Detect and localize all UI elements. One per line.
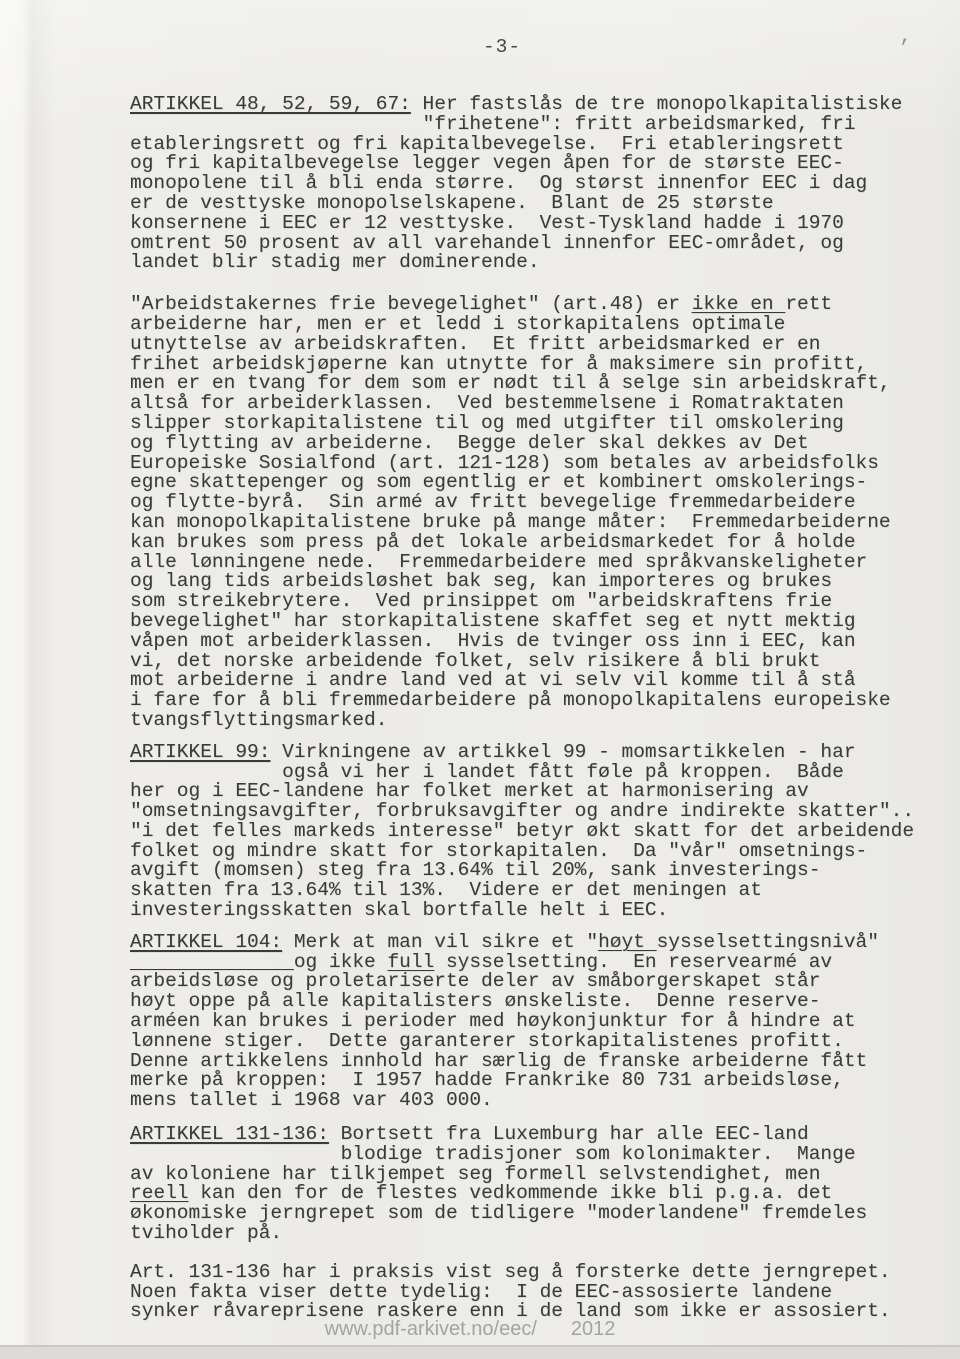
paragraph-art-131-136-praksis: Art. 131-136 har i praksis vist seg å fo… <box>130 1263 932 1322</box>
bottom-scan-edge <box>0 1345 960 1359</box>
page-number: -3- <box>22 36 960 58</box>
paragraph-arbeidstakernes-frie-bevegelighet: "Arbeidstakernes frie bevegelighet" (art… <box>130 295 932 731</box>
watermark-year: 2012 <box>571 1318 616 1340</box>
watermark-url: www.pdf-arkivet.no/eec/ <box>325 1318 537 1340</box>
paragraph-artikkel-131-136: ARTIKKEL 131-136: Bortsett fra Luxemburg… <box>130 1125 932 1244</box>
scanned-document-page: { "page": { "number": "-3-", "stray_mark… <box>0 0 960 1359</box>
watermark: www.pdf-arkivet.no/eec/2012 <box>0 1318 950 1341</box>
stray-ink-mark: ’ <box>898 38 911 61</box>
paragraph-artikkel-99: ARTIKKEL 99: Virkningene av artikkel 99 … <box>130 743 932 921</box>
paragraph-artikkel-48-52-59-67: ARTIKKEL 48, 52, 59, 67: Her fastslås de… <box>130 95 932 273</box>
paragraph-artikkel-104: ARTIKKEL 104: Merk at man vil sikre et "… <box>130 933 932 1111</box>
document-text-column: ARTIKKEL 48, 52, 59, 67: Her fastslås de… <box>130 95 932 1322</box>
